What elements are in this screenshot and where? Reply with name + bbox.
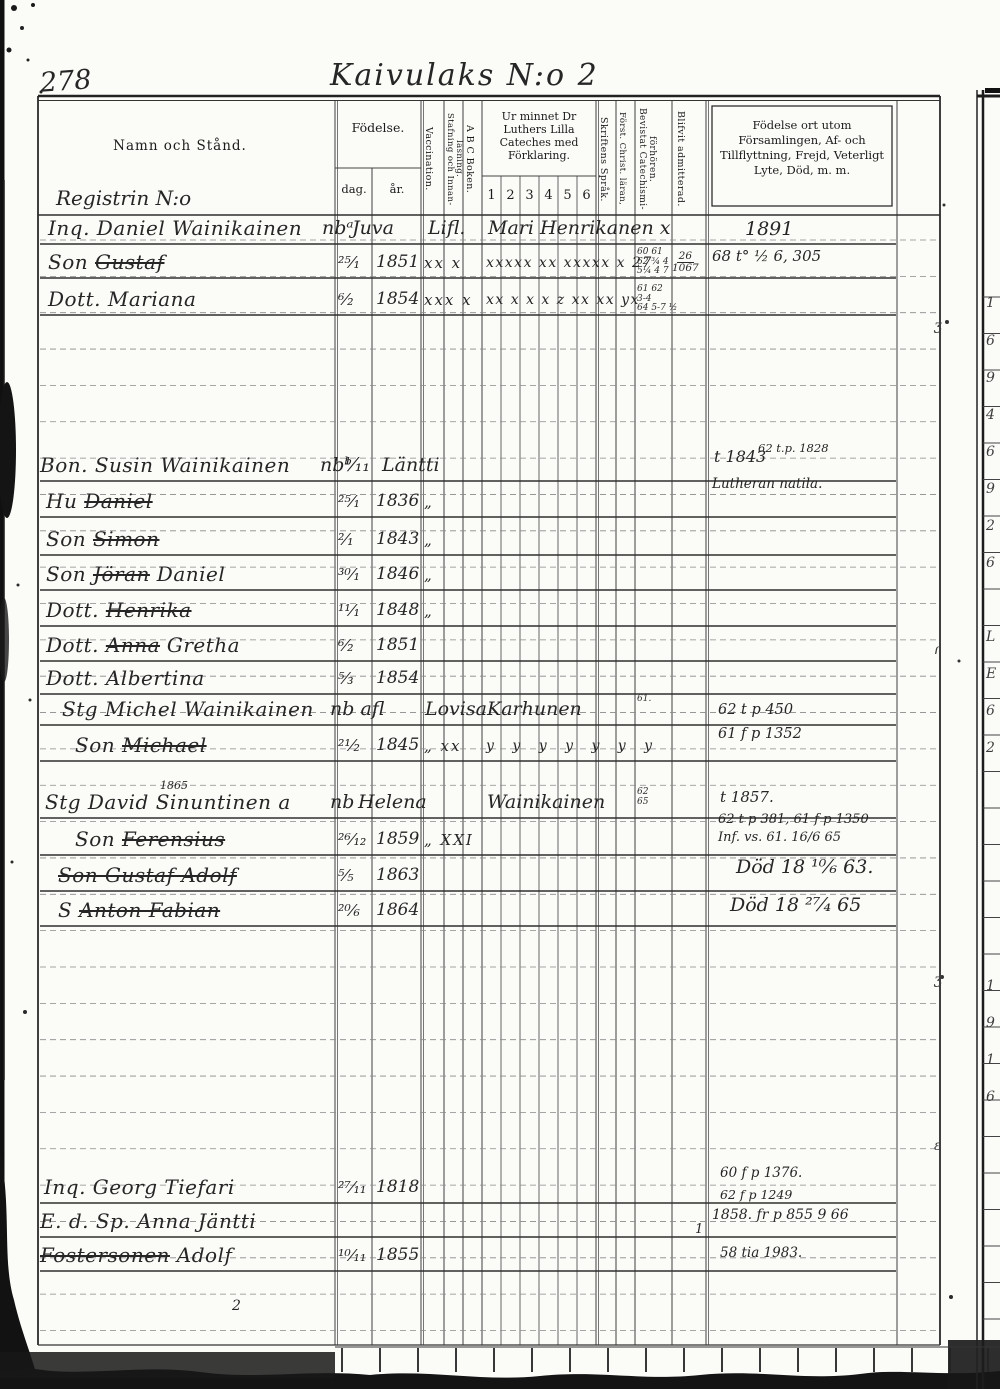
- edge-fragment: L: [986, 629, 995, 645]
- edge-fragment: 1: [986, 1052, 995, 1068]
- edge-fragment: ʒ: [934, 972, 942, 988]
- edge-fragment: 9: [986, 1015, 995, 1031]
- edge-fragment: 9: [986, 481, 995, 497]
- page-edge-fragments: 16946926LE621916ʒɾʒɛ: [0, 0, 1000, 1389]
- edge-fragment: 1: [986, 978, 995, 994]
- edge-fragment: 2: [986, 740, 995, 756]
- edge-fragment: 6: [986, 703, 995, 719]
- edge-fragment: 6: [986, 444, 995, 460]
- edge-fragment: ʒ: [934, 318, 942, 334]
- edge-fragment: 6: [986, 555, 995, 571]
- edge-fragment: 6: [986, 333, 995, 349]
- edge-fragment: 9: [986, 370, 995, 386]
- edge-fragment: ɛ: [934, 1138, 942, 1154]
- scanned-register-page: { "page_number": "278", "title": "Kaivul…: [0, 0, 1000, 1389]
- edge-fragment: 1: [986, 295, 995, 311]
- edge-fragment: E: [986, 666, 996, 682]
- edge-fragment: ɾ: [934, 642, 940, 658]
- edge-fragment: 2: [986, 518, 995, 534]
- edge-fragment: 4: [986, 407, 995, 423]
- edge-fragment: 6: [986, 1089, 995, 1105]
